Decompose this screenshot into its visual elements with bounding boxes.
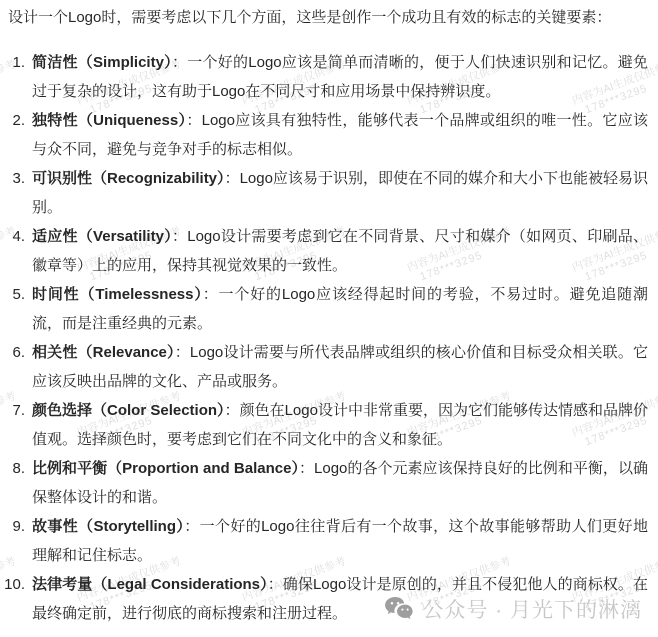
item-separator: ： [268, 576, 283, 593]
item-separator: ： [225, 170, 240, 187]
item-separator: ： [184, 518, 199, 535]
item-term: 适应性（Versatility） [32, 228, 172, 245]
item-number: 7. [1, 396, 25, 454]
list-item: 4. 适应性（Versatility）：Logo设计需要考虑到它在不同背景、尺寸… [1, 222, 648, 280]
wechat-icon [384, 596, 414, 622]
list-item: 5. 时间性（Timelessness）：一个好的Logo应该经得起时间的考验，… [1, 280, 648, 338]
channel-watermark-badge: 公众号 · 月光下的淋漓 [384, 594, 642, 624]
item-separator: ： [172, 228, 187, 245]
item-number: 2. [1, 106, 25, 164]
item-term: 时间性（Timelessness） [32, 286, 203, 303]
list-item: 1. 简洁性（Simplicity）：一个好的Logo应该是简单而清晰的，便于人… [1, 48, 648, 106]
item-number: 3. [1, 164, 25, 222]
item-separator: ： [172, 54, 187, 71]
key-elements-list: 1. 简洁性（Simplicity）：一个好的Logo应该是简单而清晰的，便于人… [1, 48, 648, 628]
item-term: 简洁性（Simplicity） [32, 54, 172, 71]
list-item: 8. 比例和平衡（Proportion and Balance）：Logo的各个… [1, 454, 648, 512]
list-item: 2. 独特性（Uniqueness）：Logo应该具有独特性，能够代表一个品牌或… [1, 106, 648, 164]
item-number: 9. [1, 512, 25, 570]
intro-paragraph: 设计一个Logo时，需要考虑以下几个方面，这些是创作一个成功且有效的标志的关键要… [8, 3, 648, 32]
item-number: 1. [1, 48, 25, 106]
item-separator: ： [186, 112, 201, 129]
list-item: 6. 相关性（Relevance）：Logo设计需要与所代表品牌或组织的核心价值… [1, 338, 648, 396]
item-term: 故事性（Storytelling） [32, 518, 184, 535]
item-number: 8. [1, 454, 25, 512]
item-term: 相关性（Relevance） [32, 344, 175, 361]
list-item: 3. 可识别性（Recognizability）：Logo应该易于识别，即使在不… [1, 164, 648, 222]
item-number: 5. [1, 280, 25, 338]
item-term: 法律考量（Legal Considerations） [32, 576, 268, 593]
item-term: 比例和平衡（Proportion and Balance） [32, 460, 299, 477]
item-separator: ： [225, 402, 240, 419]
channel-name-label: 公众号 · 月光下的淋漓 [422, 594, 642, 624]
item-number: 4. [1, 222, 25, 280]
item-term: 可识别性（Recognizability） [32, 170, 225, 187]
list-item: 9. 故事性（Storytelling）：一个好的Logo往往背后有一个故事，这… [1, 512, 648, 570]
item-number: 6. [1, 338, 25, 396]
item-term: 颜色选择（Color Selection） [32, 402, 225, 419]
document-page: 内容为AI生成仅供参考178***3295内容为AI生成仅供参考178***32… [0, 0, 658, 637]
item-number: 10. [1, 570, 25, 628]
item-separator: ： [175, 344, 190, 361]
item-term: 独特性（Uniqueness） [32, 112, 186, 129]
item-separator: ： [299, 460, 314, 477]
item-separator: ： [203, 286, 219, 303]
list-item: 7. 颜色选择（Color Selection）：颜色在Logo设计中非常重要，… [1, 396, 648, 454]
document-content: 设计一个Logo时，需要考虑以下几个方面，这些是创作一个成功且有效的标志的关键要… [0, 0, 658, 628]
